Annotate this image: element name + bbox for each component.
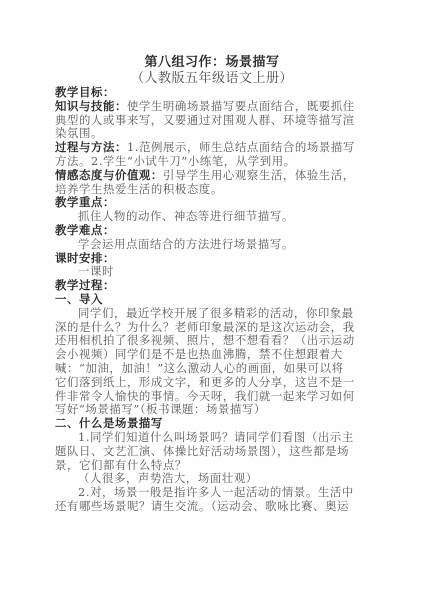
objective-text: 1.范例展示，师生总结点面结合的场景描写 (127, 140, 355, 154)
paragraph-line: 会小视频）同学们是不是也热血沸腾，禁不住想跟着大 (55, 348, 365, 362)
paragraph-line: 方法。2.学生“小试牛刀”小练笔，从学到用。 (55, 155, 365, 169)
paragraph-line: 培养学生热爱生活的积极态度。 (55, 183, 365, 197)
section-heading: 一、导入 (55, 293, 365, 307)
section-heading: 教学过程： (55, 279, 365, 293)
section-heading: 教学重点： (55, 196, 365, 210)
document-title: 第八组习作：场景描写 (0, 55, 424, 71)
objective-text: 引导学生用心观察生活，体验生活， (163, 168, 355, 182)
paragraph-line: 深的是什么？为什么？老师印象最深的是这次运动会，我 (55, 321, 365, 335)
section-heading: 二、什么是场景描写 (55, 417, 365, 431)
labeled-paragraph-line: 知识与技能：使学生明确场景描写要点面结合，既要抓住 (55, 100, 365, 114)
objective-label: 情感态度与价值观： (55, 168, 163, 182)
objective-label: 知识与技能： (55, 99, 127, 113)
paragraph-line: 还有哪些场景呢？请生交流。（运动会、歌咏比赛、奥运 (55, 500, 365, 514)
section-heading: 教学目标： (55, 86, 365, 100)
paragraph-line: 写好“场景描写”（板书课题：场景描写） (55, 403, 365, 417)
paragraph-line: 题队日、文艺汇演、体操比好活动场景图），这些都是场 (55, 445, 365, 459)
paragraph-line: 件非常令人愉快的事情。今天呀，我们就一起来学习如何 (55, 390, 365, 404)
paragraph-line: 它们落到纸上，形成文字，和更多的人分享，这岂不是一 (55, 376, 365, 390)
paragraph-line: 染氛围。 (55, 127, 365, 141)
paragraph-line: 典型的人或事来写，又要通过对围观人群、环境等描写渲 (55, 114, 365, 128)
labeled-paragraph-line: 过程与方法：1.范例展示，师生总结点面结合的场景描写 (55, 141, 365, 155)
paragraph-line: 还用相机拍了很多视频、照片，想不想看看？（出示运动 (55, 334, 365, 348)
paragraph-line: 1.同学们知道什么叫场景吗？请同学们看图（出示主 (55, 431, 365, 445)
paragraph-line: 学会运用点面结合的方法进行场景描写。 (55, 238, 365, 252)
paragraph-line: 一课时 (55, 265, 365, 279)
paragraph-line: 景，它们都有什么特点？ (55, 459, 365, 473)
paragraph-line: 2.对，场景一般是指许多人一起活动的情景。生活中 (55, 486, 365, 500)
document-body: 教学目标：知识与技能：使学生明确场景描写要点面结合，既要抓住典型的人或事来写，又… (55, 86, 365, 514)
paragraph-line: 抓住人物的动作、神态等进行细节描写。 (55, 210, 365, 224)
section-heading: 教学难点： (55, 224, 365, 238)
objective-text: 使学生明确场景描写要点面结合，既要抓住 (127, 99, 355, 113)
labeled-paragraph-line: 情感态度与价值观：引导学生用心观察生活，体验生活， (55, 169, 365, 183)
section-heading: 课时安排： (55, 252, 365, 266)
paragraph-line: （人很多，声势浩大，场面壮观） (55, 472, 365, 486)
document-page: 第八组习作：场景描写 （人教版五年级语文上册） 教学目标：知识与技能：使学生明确… (0, 0, 424, 600)
paragraph-line: 喊：“加油，加油！”这么激动人心的画面，如果可以将 (55, 362, 365, 376)
paragraph-line: 同学们，最近学校开展了很多精彩的活动，你印象最 (55, 307, 365, 321)
objective-label: 过程与方法： (55, 140, 127, 154)
